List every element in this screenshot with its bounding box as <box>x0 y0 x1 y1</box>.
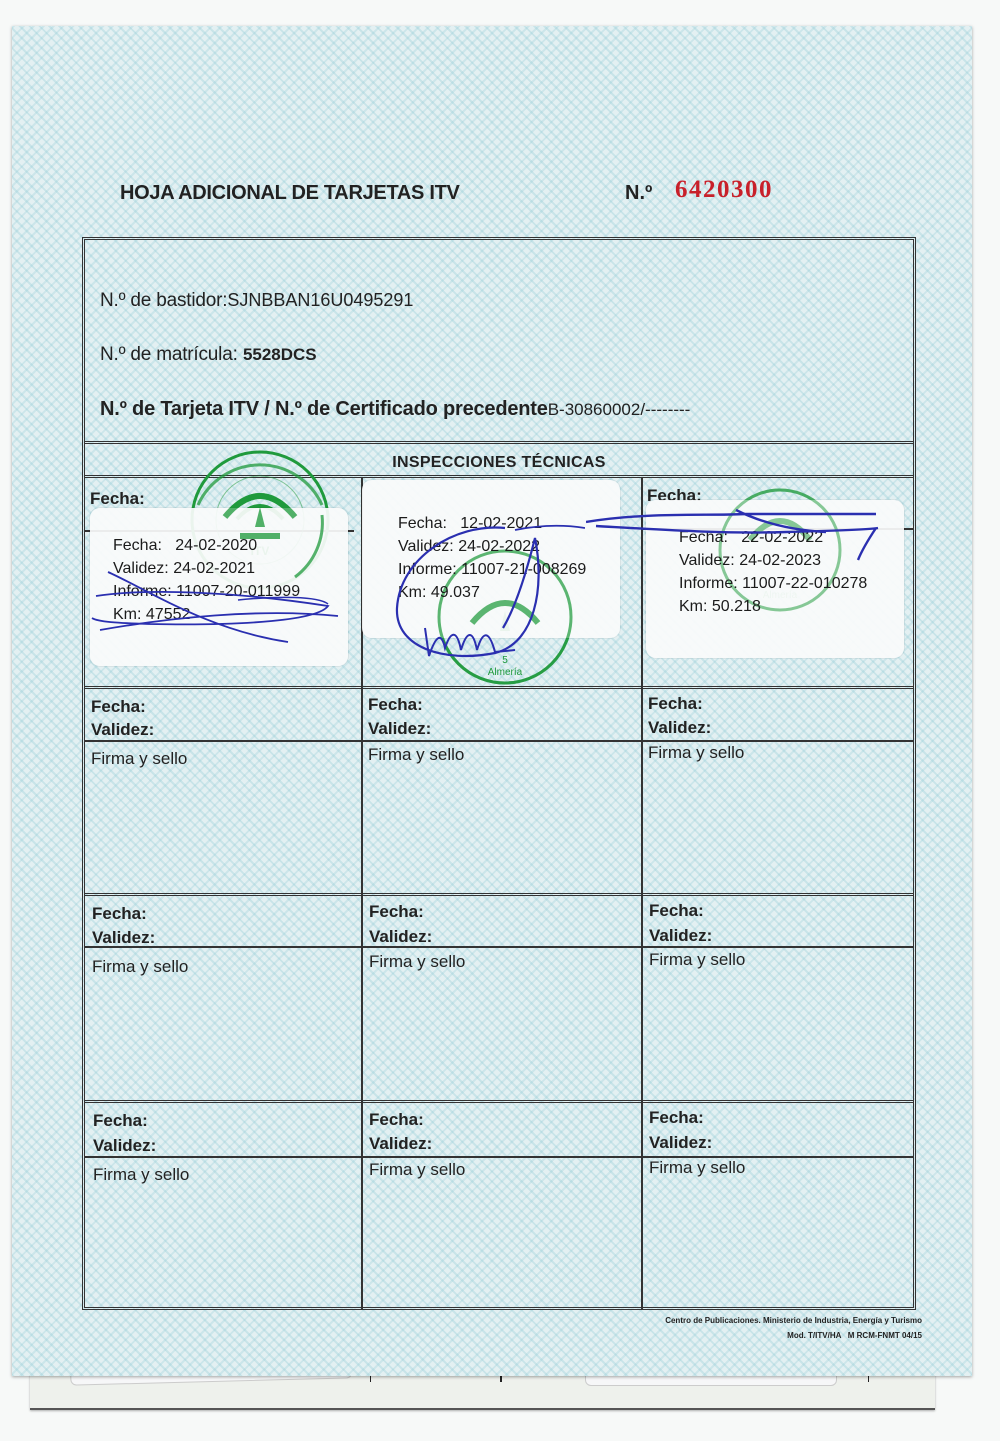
cell-fecha-label: Fecha: <box>369 902 424 922</box>
sticker-2-details: Fecha: 12-02-2021 Validez: 24-02-2022 In… <box>398 512 586 604</box>
publisher-credit: Centro de Publicaciones. Ministerio de I… <box>665 1316 922 1325</box>
row-divider <box>84 893 914 896</box>
chassis-number-label: N.º de bastidor: <box>100 290 227 311</box>
sticker-3-details: Fecha: 22-02-2022 Validez: 24-02-2023 In… <box>679 526 867 618</box>
sticker-fecha-value: 22-02-2022 <box>741 529 823 546</box>
cell-validez-label: Validez: <box>369 927 432 947</box>
column-divider <box>641 477 643 1310</box>
previous-card-label: N.º de Tarjeta ITV / N.º de Certificado … <box>100 398 548 420</box>
sticker-km-value: 49.037 <box>431 584 480 601</box>
cell-fecha-label: Fecha: <box>90 489 145 509</box>
cell-signature-label: Firma y sello <box>368 745 464 765</box>
cell-signature-label: Firma y sello <box>92 957 188 977</box>
chassis-number-value: SJNBBAN16U0495291 <box>227 290 413 310</box>
sticker-validez-value: 24-02-2022 <box>458 538 540 555</box>
cell-validez-label: Validez: <box>92 928 155 948</box>
cell-signature-label: Firma y sello <box>93 1165 189 1185</box>
cell-fecha-label: Fecha: <box>93 1111 148 1131</box>
sticker-informe-value: 11007-20-011999 <box>176 583 300 600</box>
sticker-km-label: Km: <box>398 584 426 601</box>
cell-validez-label: Validez: <box>649 926 712 946</box>
cell-fecha-label: Fecha: <box>649 901 704 921</box>
cell-validez-label: Validez: <box>93 1136 156 1156</box>
sticker-fecha-label: Fecha: <box>113 537 162 554</box>
sticker-km-label: Km: <box>679 598 707 615</box>
sticker-validez-value: 24-02-2021 <box>173 560 255 577</box>
cell-validez-label: Validez: <box>368 719 431 739</box>
divider <box>84 441 914 444</box>
sticker-km-value: 50.218 <box>712 598 761 615</box>
sticker-validez-label: Validez: <box>398 538 454 555</box>
cell-signature-label: Firma y sello <box>648 743 744 763</box>
printer-mark-icon: M <box>848 1331 855 1340</box>
sticker-validez-label: Validez: <box>679 552 735 569</box>
cell-validez-label: Validez: <box>369 1134 432 1154</box>
sticker-informe-value: 11007-21-008269 <box>461 561 586 578</box>
sticker-informe-label: Informe: <box>679 575 738 592</box>
sticker-validez-value: 24-02-2023 <box>739 552 821 569</box>
cell-signature-label: Firma y sello <box>91 749 187 769</box>
cell-validez-label: Validez: <box>648 718 711 738</box>
document-title: HOJA ADICIONAL DE TARJETAS ITV <box>120 182 460 205</box>
cell-validez-label: Validez: <box>649 1133 712 1153</box>
sticker-fecha-label: Fecha: <box>679 529 728 546</box>
sticker-informe-label: Informe: <box>398 561 457 578</box>
subrow-divider <box>84 740 914 742</box>
itv-additional-sheet: HOJA ADICIONAL DE TARJETAS ITV N.º 64203… <box>12 26 972 1376</box>
cell-signature-label: Firma y sello <box>649 1158 745 1178</box>
cell-fecha-label: Fecha: <box>368 695 423 715</box>
plate-number-value: 5528DCS <box>243 345 317 364</box>
cell-signature-label: Firma y sello <box>649 950 745 970</box>
sticker-fecha-label: Fecha: <box>398 515 447 532</box>
previous-card-value: B-30860002/-------- <box>548 400 691 419</box>
plate-number-row: N.º de matrícula: 5528DCS <box>100 344 317 366</box>
cell-fecha-label: Fecha: <box>369 1110 424 1130</box>
serial-label: N.º <box>625 182 652 205</box>
cell-fecha-label: Fecha: <box>92 904 147 924</box>
cell-validez-label: Validez: <box>91 720 154 740</box>
cell-signature-label: Firma y sello <box>369 952 465 972</box>
previous-card-row: N.º de Tarjeta ITV / N.º de Certificado … <box>100 398 690 421</box>
sticker-informe-value: 11007-22-010278 <box>742 575 867 592</box>
sticker-fecha-value: 24-02-2020 <box>175 537 257 554</box>
row-divider <box>84 1100 914 1103</box>
cell-fecha-label: Fecha: <box>91 697 146 717</box>
plate-number-label: N.º de matrícula: <box>100 344 238 365</box>
sticker-km-value: 47552 <box>146 606 191 623</box>
sticker-km-label: Km: <box>113 606 141 623</box>
serial-number: 6420300 <box>675 176 773 204</box>
cell-fecha-label: Fecha: <box>649 1108 704 1128</box>
sticker-fecha-value: 12-02-2021 <box>460 515 542 532</box>
model-code: Mod. T/ITV/HA <box>787 1331 841 1340</box>
subrow-divider <box>84 946 914 948</box>
sticker-validez-label: Validez: <box>113 560 169 577</box>
chassis-number-row: N.º de bastidor:SJNBBAN16U0495291 <box>100 290 413 312</box>
cell-signature-label: Firma y sello <box>369 1160 465 1180</box>
model-reference: Mod. T/ITV/HA M RCM-FNMT 04/15 <box>787 1331 922 1340</box>
subrow-divider <box>84 1156 914 1158</box>
printer-code: RCM-FNMT 04/15 <box>857 1331 922 1340</box>
sticker-informe-label: Informe: <box>113 583 172 600</box>
cell-fecha-label: Fecha: <box>648 694 703 714</box>
sticker-1-details: Fecha: 24-02-2020 Validez: 24-02-2021 In… <box>113 534 300 626</box>
